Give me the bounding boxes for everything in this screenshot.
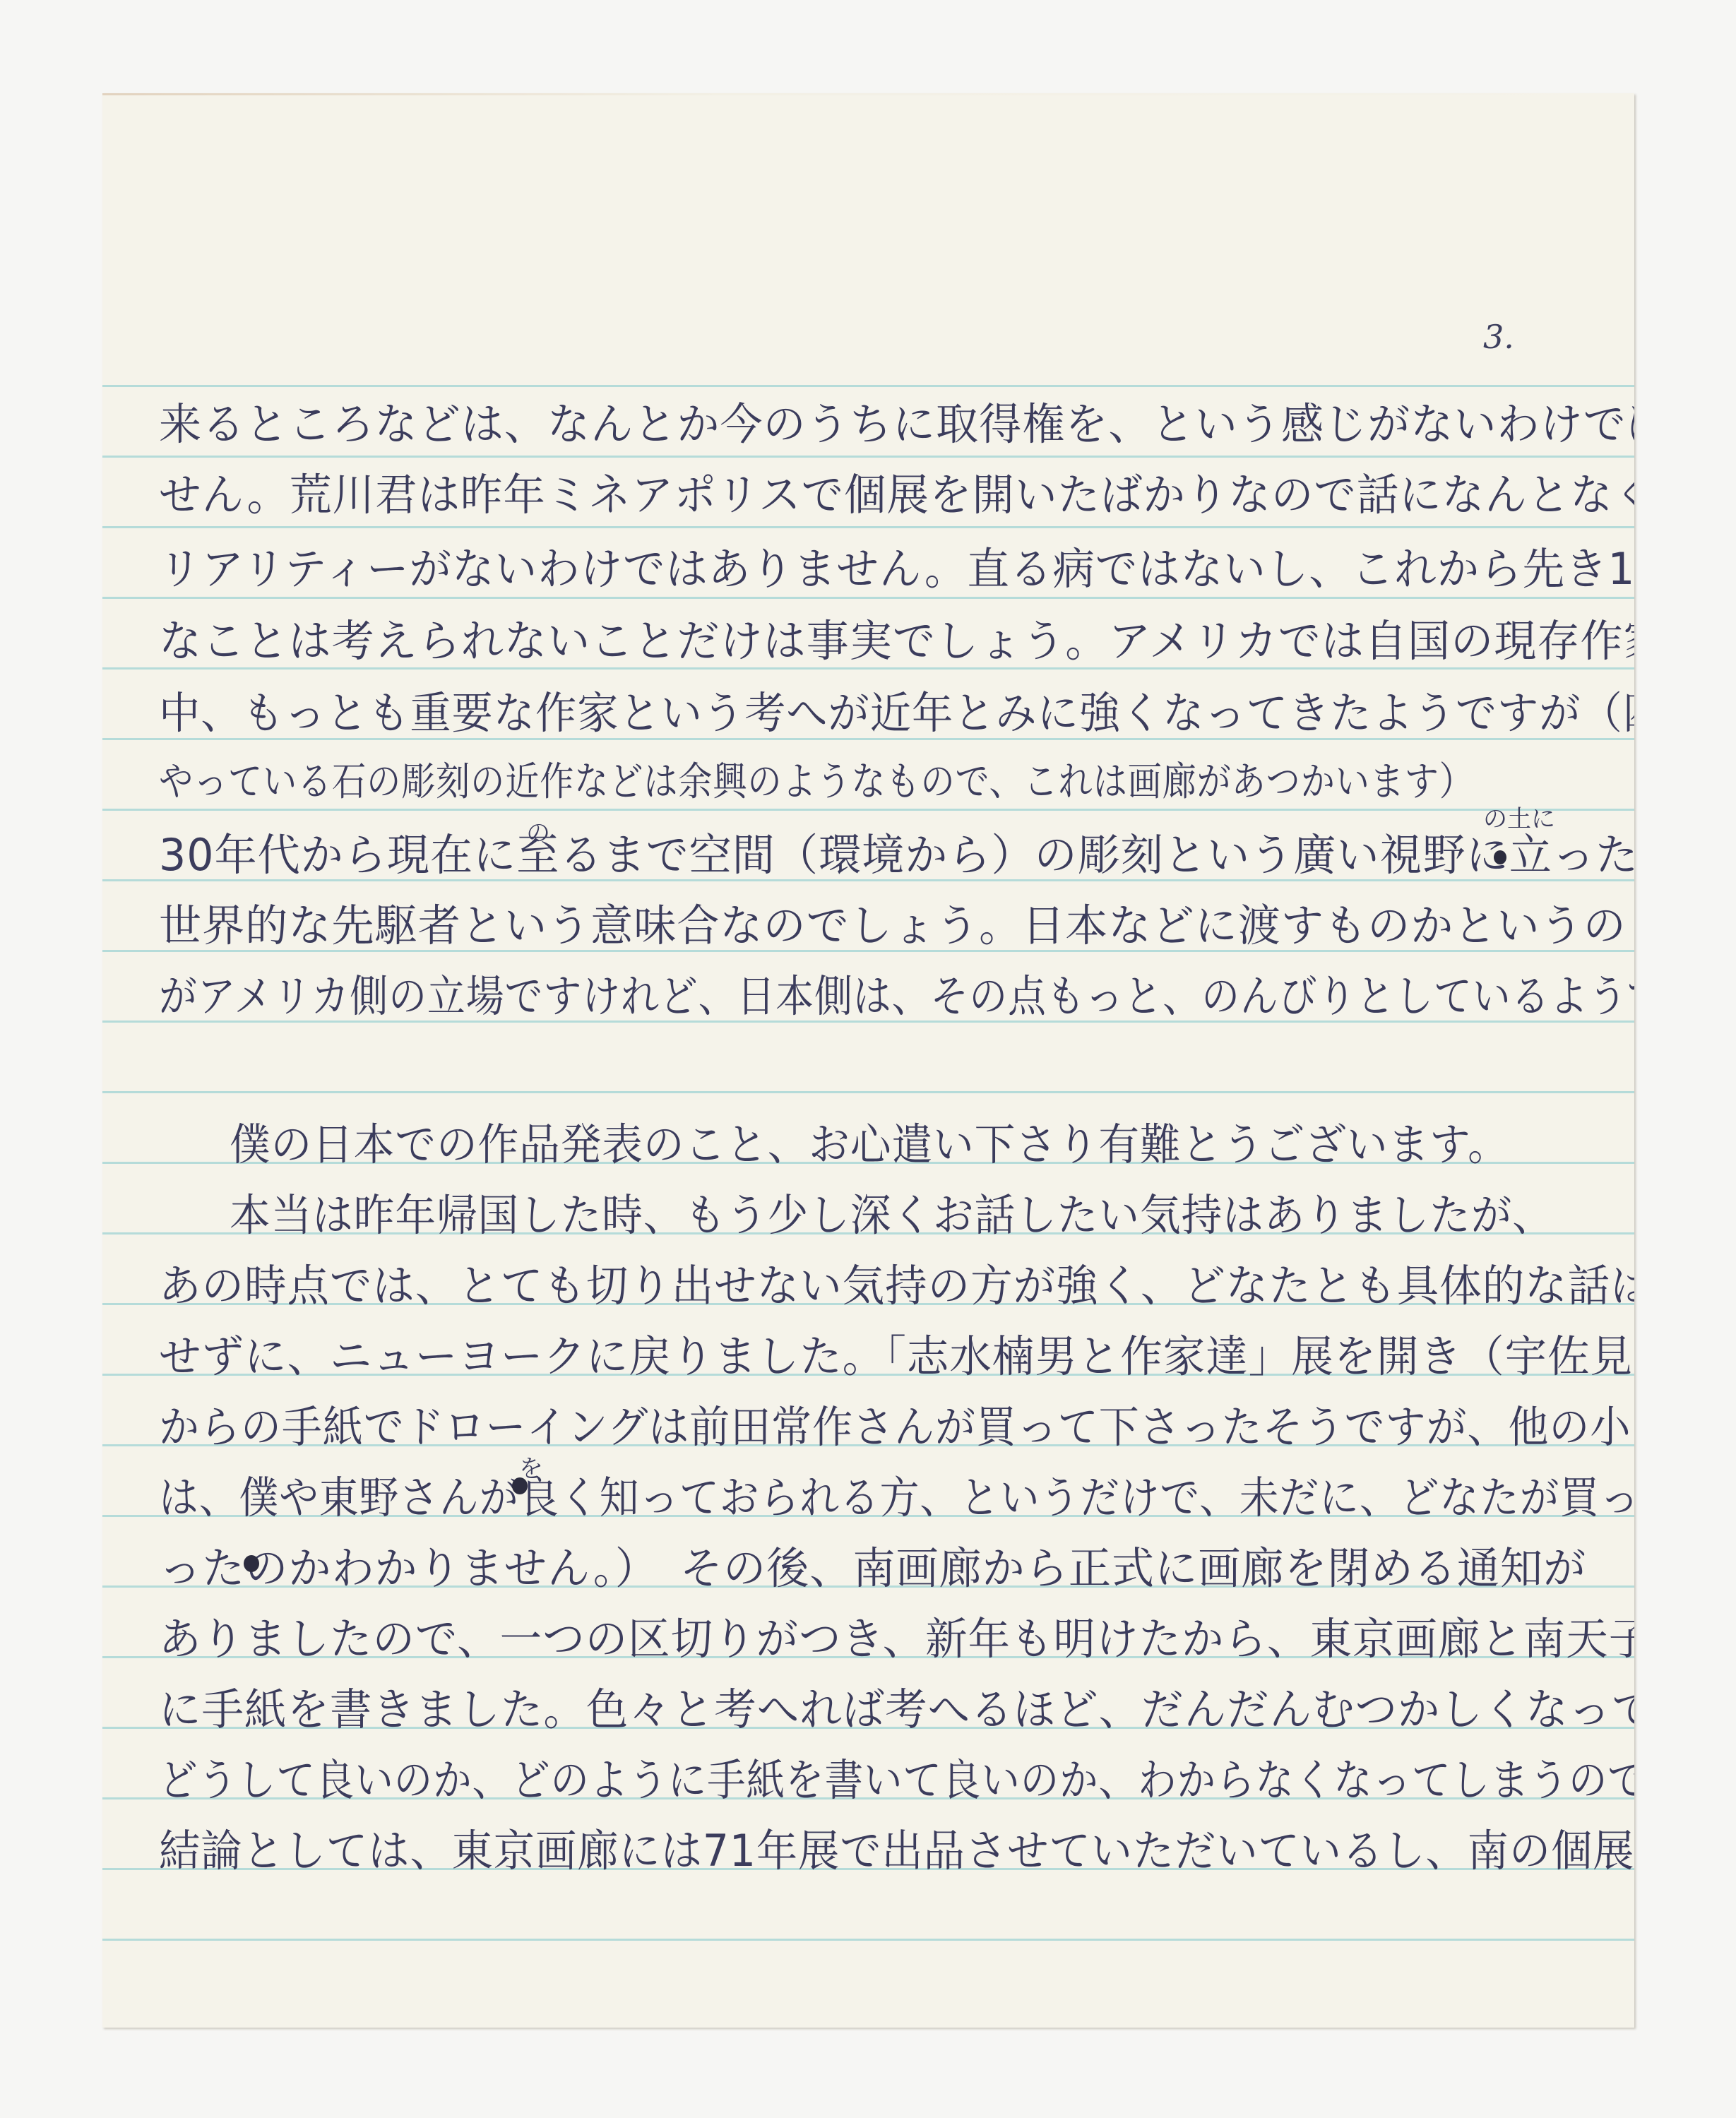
ruled-line bbox=[102, 1939, 1634, 1941]
text-line: 結論としては、東京画廊には71年展で出品させていただいているし、南の個展 bbox=[159, 1829, 1634, 1873]
ink-blot bbox=[1494, 850, 1506, 864]
ruled-line bbox=[102, 597, 1634, 599]
text-line: あの時点では、とても切り出せない気持の方が強く、どなたとも具体的な話は bbox=[159, 1264, 1634, 1308]
ink-blot bbox=[512, 1477, 528, 1494]
text-line: 本当は昨年帰国した時、もう少し深くお話したい気持はありましたが、 bbox=[230, 1194, 1554, 1237]
text-line: せん。荒川君は昨年ミネアポリスで個展を開いたばかりなので話になんとなく bbox=[159, 473, 1634, 517]
text-line: 30年代から現在に至るまで空間（環境から）の彫刻という廣い視野に立った bbox=[159, 833, 1634, 877]
page-number: 3. bbox=[1483, 318, 1514, 356]
ink-blot bbox=[244, 1555, 259, 1572]
insertion-mark: の土に bbox=[1483, 799, 1555, 834]
text-line: やっている石の彫刻の近作などは余興のようなもので、これは画廊があつかいます） bbox=[159, 763, 1474, 802]
ruled-line bbox=[102, 809, 1634, 811]
ruled-line bbox=[102, 1091, 1634, 1093]
ruled-line bbox=[102, 385, 1634, 387]
text-line: リアリティーがないわけではありません。直る病ではないし、これから先き10年という… bbox=[159, 547, 1634, 591]
text-line: せずに、ニューヨークに戻りました。「志水楠男と作家達」展を開き（宇佐見君 bbox=[159, 1335, 1634, 1379]
text-line: からの手紙でドローイングは前田常作さんが買って下さったそうですが、他の小品 bbox=[159, 1405, 1634, 1449]
text-line: がアメリカ側の立場ですけれど、日本側は、その点もっと、のんびりとしているようです… bbox=[159, 975, 1634, 1018]
text-line: は、僕や東野さんが良く知っておられる方、というだけで、未だに、どなたが買って下さ bbox=[159, 1476, 1634, 1520]
text-line: 中、もっとも重要な作家という考へが近年とみに強くなってきたようですが（四国で bbox=[159, 691, 1634, 735]
text-line: ったのかわかりません。） その後、南画廊から正式に画廊を閉める通知が bbox=[159, 1547, 1586, 1590]
letter-paper: 3. 来るところなどは、なんとか今のうちに取得権を、という感じがないわけではあり… bbox=[102, 93, 1634, 2028]
ruled-line bbox=[102, 456, 1634, 458]
text-line: ありましたので、一つの区切りがつき、新年も明けたから、東京画廊と南天子画廊 bbox=[159, 1617, 1634, 1661]
text-line: 来るところなどは、なんとか今のうちに取得権を、という感じがないわけではありま bbox=[159, 403, 1634, 446]
text-line: 世界的な先駆者という意味合なのでしょう。日本などに渡すものかというの bbox=[159, 904, 1627, 948]
ruled-line bbox=[102, 526, 1634, 528]
text-line: なことは考えられないことだけは事実でしょう。アメリカでは自国の現存作家 bbox=[159, 619, 1634, 663]
ruled-line bbox=[102, 667, 1634, 670]
text-line: どうして良いのか、どのように手紙を書いて良いのか、わからなくなってしまうのですが… bbox=[159, 1759, 1634, 1802]
insertion-mark: の bbox=[526, 814, 550, 848]
text-line: 僕の日本での作品発表のこと、お心遣い下さり有難とうございます。 bbox=[230, 1123, 1509, 1167]
text-line: に手紙を書きました。色々と考へれば考へるほど、だんだんむつかしくなって、 bbox=[159, 1688, 1634, 1732]
